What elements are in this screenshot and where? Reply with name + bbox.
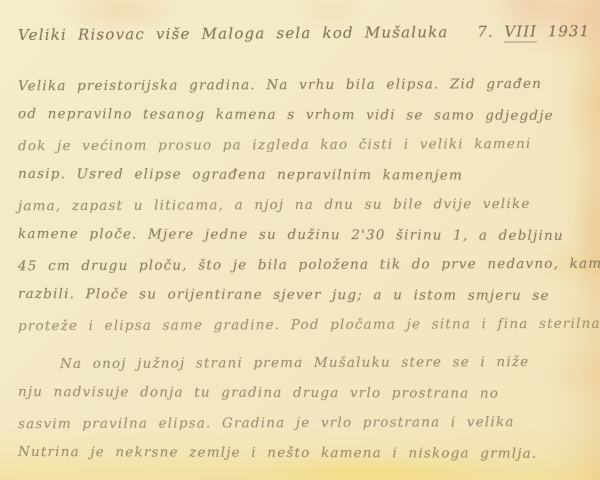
text-line: od nepravilno tesanog kamena s vrhom vid… — [18, 99, 594, 131]
heading-line: Veliki Risovac više Maloga sela kod Muša… — [18, 12, 594, 60]
text-line: jama, zapast u liticama, a njoj na dnu s… — [18, 189, 594, 222]
date-day: 7. — [477, 23, 493, 41]
paper-sheet: Veliki Risovac više Maloga sela kod Muša… — [0, 0, 600, 480]
text-line: Velika preistorijska gradina. Na vrhu bi… — [18, 69, 594, 102]
text-line: Na onoj južnoj strani prema Mušaluku ste… — [18, 347, 594, 380]
paragraph-2: Na onoj južnoj strani prema Mušaluku ste… — [18, 348, 594, 468]
date-year: 1931 — [548, 22, 590, 40]
text-line: nju nadvisuje donja tu gradina druga vrl… — [18, 377, 594, 409]
date-month: VIII — [504, 22, 537, 42]
text-line: proteže i elipsa same gradine. Pod ploča… — [18, 309, 594, 342]
text-line: dok je većinom prosuo pa izgleda kao čis… — [18, 129, 594, 162]
heading-date: 7. VIII 1931 — [477, 22, 590, 41]
text-line: razbili. Ploče su orijentirane sjever ju… — [18, 279, 594, 311]
heading-place: Veliki Risovac više Maloga sela kod Muša… — [18, 23, 449, 44]
text-line: sasvim pravilna elipsa. Gradina je vrlo … — [18, 407, 594, 440]
paragraph-1: Velika preistorijska gradina. Na vrhu bi… — [18, 70, 594, 340]
text-line: 45 cm drugu ploču, što je bila položena … — [18, 249, 594, 282]
text-line: kamene ploče. Mjere jedne su dužinu 2'30… — [18, 219, 594, 251]
text-line: Nutrina je nekrsne zemlje i nešto kamena… — [18, 437, 594, 469]
text-line: nasip. Usred elipse ograđena nepravilnim… — [18, 159, 594, 191]
